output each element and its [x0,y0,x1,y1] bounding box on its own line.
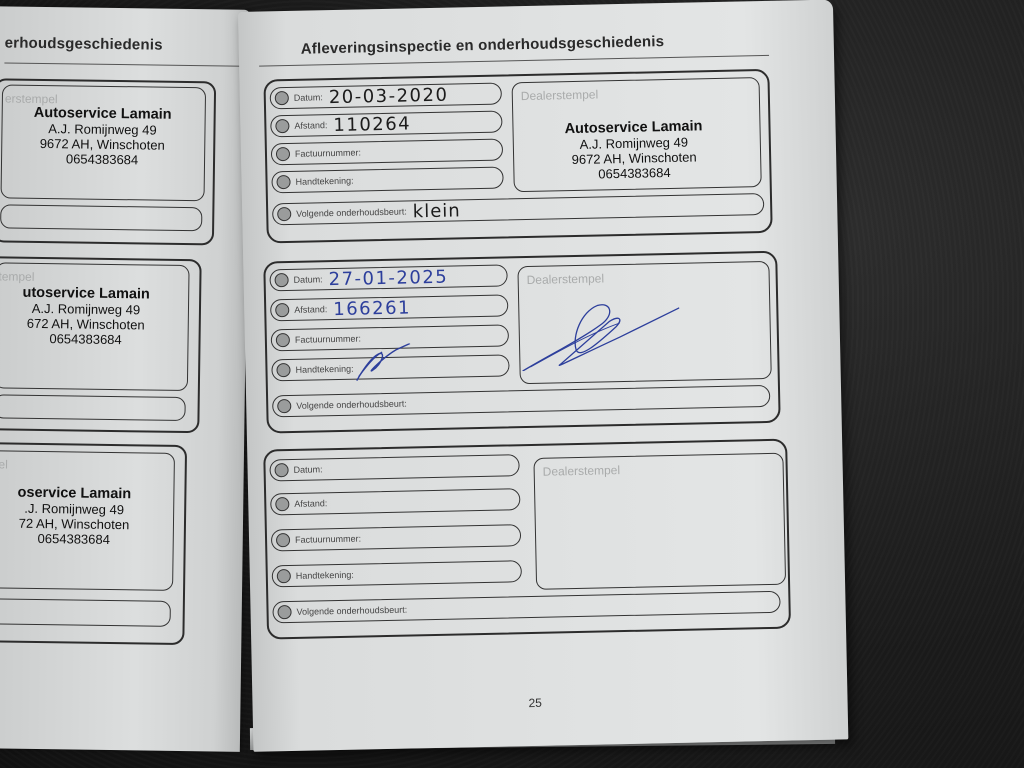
stamp-phone: 0654383684 [534,164,734,183]
dealer-stamp-box: Dealerstempel [517,261,771,384]
field-handtekening[interactable]: Handtekening: [271,354,509,381]
stamp-city: 72 AH, Winschoten [0,515,159,532]
checkbox-circle[interactable] [277,399,291,413]
signature-scribble [352,343,413,384]
stamp-phone: 0654383684 [12,151,192,169]
right-page: Afleveringsinspectie en onderhoudsgeschi… [238,0,848,752]
field-label: Volgende onderhoudsbeurt: [296,207,407,219]
stamp-city: 9672 AH, Winschoten [12,136,192,154]
field-row [0,204,202,231]
service-entry-2: Datum: 27-01-2025 Afstand: 166261 Factuu… [263,251,780,434]
field-handtekening[interactable]: Handtekening: [272,560,522,587]
dealer-stamp: utoservice Lamain A.J. Romijnweg 49 672 … [0,285,176,348]
stamp-box: pel oservice Lamain .J. Romijnweg 49 72 … [0,450,175,591]
field-volgende-onderhoudsbeurt[interactable]: Volgende onderhoudsbeurt: [272,385,770,417]
field-label: Handtekening: [295,364,353,375]
field-label: Handtekening: [295,176,353,187]
checkbox-circle[interactable] [276,363,290,377]
field-label: Handtekening: [296,570,354,581]
field-label: Datum: [294,274,323,285]
field-label: Factuurnummer: [295,534,361,545]
field-label: Volgende onderhoudsbeurt: [296,399,407,411]
stamp-city: 672 AH, Winschoten [0,315,176,333]
page-number: 25 [528,696,542,710]
field-datum[interactable]: Datum: 27-01-2025 [269,264,507,291]
field-label: Afstand: [294,304,327,315]
dealer-stamp: Autoservice Lamain A.J. Romijnweg 49 967… [12,106,193,169]
field-label: Datum: [293,464,322,475]
checkbox-circle[interactable] [276,333,290,347]
stamp-phone: 0654383684 [0,330,176,348]
left-page: erhoudsgeschiedenis erstempel Autoservic… [0,6,250,752]
checkbox-circle[interactable] [274,273,288,287]
field-handtekening[interactable]: Handtekening: [271,166,503,193]
checkbox-circle[interactable] [275,91,289,105]
field-volgende-onderhoudsbeurt[interactable]: Volgende onderhoudsbeurt: [272,591,780,624]
stamp-label: Dealerstempel [543,463,621,479]
checkbox-circle[interactable] [277,569,291,583]
field-afstand[interactable]: Afstand: [270,488,520,515]
field-label: Volgende onderhoudsbeurt: [296,605,407,617]
field-row [0,598,171,627]
service-entry-3: Datum: Afstand: Factuurnummer: Handteken… [263,439,791,640]
field-factuurnummer[interactable]: Factuurnummer: [271,524,521,551]
checkbox-circle[interactable] [275,303,289,317]
field-label: Afstand: [294,498,327,509]
heading-rule [4,62,244,66]
checkbox-circle[interactable] [275,497,289,511]
field-afstand[interactable]: Afstand: 166261 [270,294,508,321]
stamp-name: Autoservice Lamain [13,106,193,124]
field-label: Afstand: [294,120,327,131]
dealer-stamp: Autoservice Lamain A.J. Romijnweg 49 967… [533,119,734,183]
field-factuurnummer[interactable]: Factuurnummer: [271,138,503,165]
field-volgende-onderhoudsbeurt[interactable]: Volgende onderhoudsbeurt: klein [272,193,764,225]
field-row [0,394,186,421]
dealer-stamp: oservice Lamain .J. Romijnweg 49 72 AH, … [0,485,159,547]
left-entry-2: tempel utoservice Lamain A.J. Romijnweg … [0,256,202,433]
dealer-stamp-box: Dealerstempel [533,453,786,590]
handwritten-date: 20-03-2020 [329,84,449,108]
stamp-name: utoservice Lamain [0,285,176,303]
stamp-phone: 0654383684 [0,530,159,547]
service-entry-1: Datum: 20-03-2020 Afstand: 110264 Factuu… [263,69,772,244]
checkbox-circle[interactable] [277,207,291,221]
handwritten-distance: 166261 [333,297,411,320]
stamp-box: erstempel Autoservice Lamain A.J. Romijn… [1,84,207,201]
field-datum[interactable]: Datum: [269,454,519,481]
left-entry-3: pel oservice Lamain .J. Romijnweg 49 72 … [0,442,187,645]
left-page-heading: erhoudsgeschiedenis [5,34,163,53]
field-label: Datum: [294,92,323,103]
stamp-label: pel [0,457,8,471]
dealer-signature-scribble [519,278,681,371]
right-page-heading: Afleveringsinspectie en onderhoudsgeschi… [301,33,665,58]
checkbox-circle[interactable] [276,533,290,547]
field-datum[interactable]: Datum: 20-03-2020 [270,82,502,109]
stamp-box: tempel utoservice Lamain A.J. Romijnweg … [0,262,190,391]
checkbox-circle[interactable] [277,605,291,619]
handwritten-date: 27-01-2025 [328,266,448,290]
checkbox-circle[interactable] [274,463,288,477]
checkbox-circle[interactable] [275,119,289,133]
checkbox-circle[interactable] [276,147,290,161]
checkbox-circle[interactable] [276,175,290,189]
field-label: Factuurnummer: [295,333,361,344]
field-label: Factuurnummer: [295,147,361,158]
stamp-label: tempel [0,269,35,284]
handwritten-next-service: klein [413,200,461,222]
left-entry-1: erstempel Autoservice Lamain A.J. Romijn… [0,78,216,245]
dealer-stamp-box: Dealerstempel Autoservice Lamain A.J. Ro… [512,77,762,192]
stamp-label: Dealerstempel [521,87,599,103]
field-afstand[interactable]: Afstand: 110264 [270,110,502,137]
stamp-label: erstempel [5,91,58,106]
handwritten-distance: 110264 [333,113,411,136]
